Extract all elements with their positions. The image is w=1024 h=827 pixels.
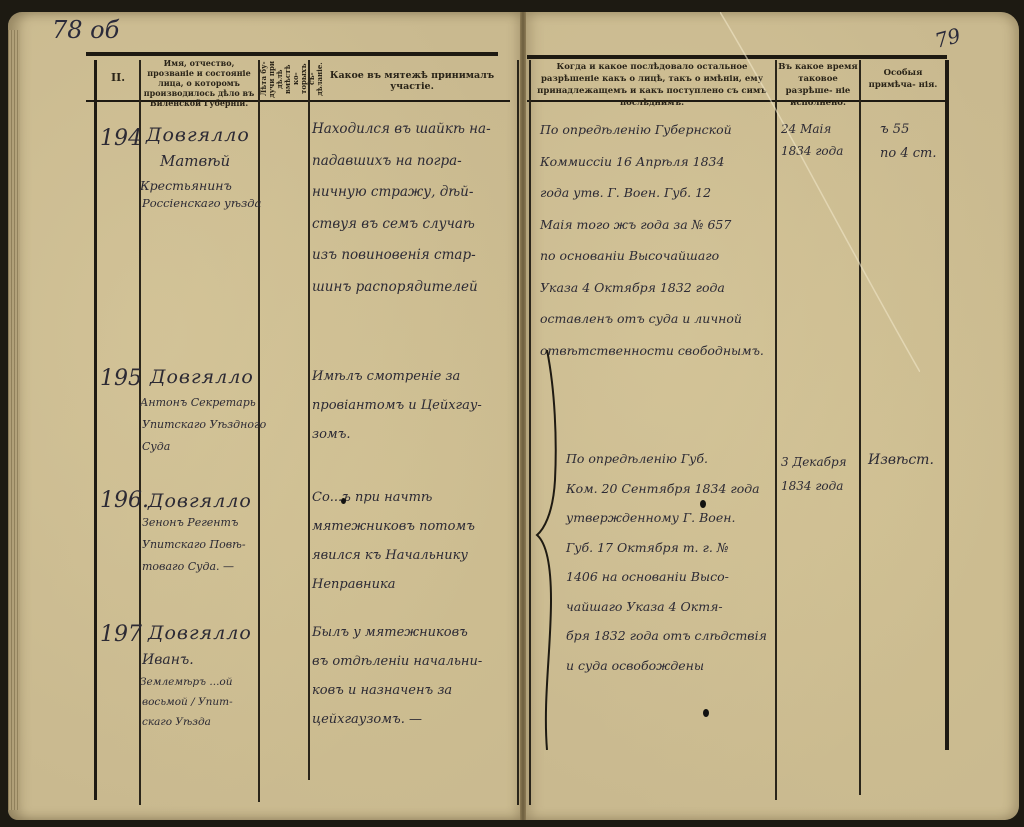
entry-197-line3: восьмой / Упит- [142,696,233,708]
page-edges [8,30,20,810]
header-top-rule-left [86,52,498,56]
resolution-line: Губ. 17 Октября т. г. № [566,533,776,563]
participation-line: Былъ у мятежниковъ [312,618,517,647]
entry-197-line1: Иванъ. [142,652,194,668]
entry-196-number: 196. [100,488,149,513]
entry-197-line2: Землемѣръ ...ой [140,676,233,688]
rule-participation-col [517,60,519,805]
participation-line: ничную стражу, дѣй- [312,177,517,209]
entry-194-participation: Находился въ шайкѣ на- падавшихъ на погр… [312,114,517,303]
header-vertical: Лѣта бу- дучи при дѣлѣ вмѣстѣ ко- торыхъ… [260,58,306,100]
rule-number-col [139,60,141,805]
entry-197-surname: Довгялло [148,622,252,644]
header-number: II. [97,72,139,83]
entry-195-line2: Упитскаго Уѣздного [142,418,266,431]
entry-196-surname: Довгялло [148,490,252,512]
entry-194-surname: Довгялло [146,124,250,146]
entry-195-number: 195 [100,366,142,391]
participation-line: изъ повиновенія стар- [312,240,517,272]
entry-196-line1: Зенонъ Регентъ [142,516,238,529]
folio-number-left: 78 об [52,16,119,44]
resolution-line: утвержденному Г. Воен. [566,503,776,533]
grouped-resolution: По опредѣленію Губ. Ком. 20 Сентября 183… [566,444,776,680]
entry-194-name: Матвѣй [160,152,230,170]
participation-line: падавшихъ на погра- [312,146,517,178]
header-name: Имя, отчество, прозваніе и состояніе лиц… [142,58,256,108]
entry-196-line2: Упитскаго Повѣ- [142,538,246,551]
executed-line: 3 Декабря [781,450,847,474]
entry-194-district: Россіенскаго уѣзда [142,196,261,210]
entry-194-status: Крестьянинъ [140,178,232,193]
participation-line: явился къ Начальнику [312,541,517,570]
entry-197-line4: скаго Уѣзда [142,716,211,728]
entry-195-line3: Суда [142,440,170,453]
paper-crease [720,12,920,372]
resolution-line: и суда освобождены [566,651,776,681]
participation-line: мятежниковъ потомъ [312,512,517,541]
participation-line: ковъ и назначенъ за [312,676,517,705]
resolution-line: чайшаго Указа 4 Октя- [566,592,776,622]
grouped-executed: 3 Декабря 1834 года [781,450,847,498]
resolution-line: Ком. 20 Сентября 1834 года [566,474,776,504]
participation-line: провіантомъ и Цейхгау- [312,391,517,420]
participation-line: цейхгаузомъ. — [312,705,517,734]
rule-right-start [529,60,531,805]
participation-line: въ отдѣленіи начальни- [312,647,517,676]
participation-line: Находился въ шайкѣ на- [312,114,517,146]
participation-line: шинъ распорядителей [312,272,517,304]
ink-blot [700,500,706,508]
participation-line: ствуя въ семъ случаѣ [312,209,517,241]
ink-blot [703,709,709,717]
entry-195-surname: Довгялло [150,366,254,388]
participation-line: Имѣлъ смотреніе за [312,362,517,391]
resolution-line: По опредѣленію Губ. [566,444,776,474]
entry-195-participation: Имѣлъ смотреніе за провіантомъ и Цейхгау… [312,362,517,449]
rule-name-col [258,60,260,802]
header-participation: Какое въ мятежѣ принималъ участіе. [312,70,512,92]
participation-line: зомъ. [312,420,517,449]
resolution-line: 1406 на основаніи Высо- [566,562,776,592]
entry-196-line3: товаго Суда. — [142,560,234,573]
grouping-brace [535,350,565,750]
entry-197-number: 197 [100,622,142,647]
entry-197-participation: Былъ у мятежниковъ въ отдѣленіи начальни… [312,618,517,734]
ink-blot [341,498,346,504]
executed-line: 1834 года [781,474,847,498]
entry-195-line1: Антонъ Секретарь [140,396,256,409]
entry-194-number: 194 [100,126,142,151]
rule-vertical-col [308,60,310,780]
book-gutter [520,12,526,820]
resolution-line: бря 1832 года отъ слѣдствія [566,621,776,651]
rule-right-edge [945,60,949,750]
participation-line: Неправника [312,570,517,599]
grouped-remarks: Извѣст. [868,452,934,468]
rule-left-edge [94,60,97,800]
